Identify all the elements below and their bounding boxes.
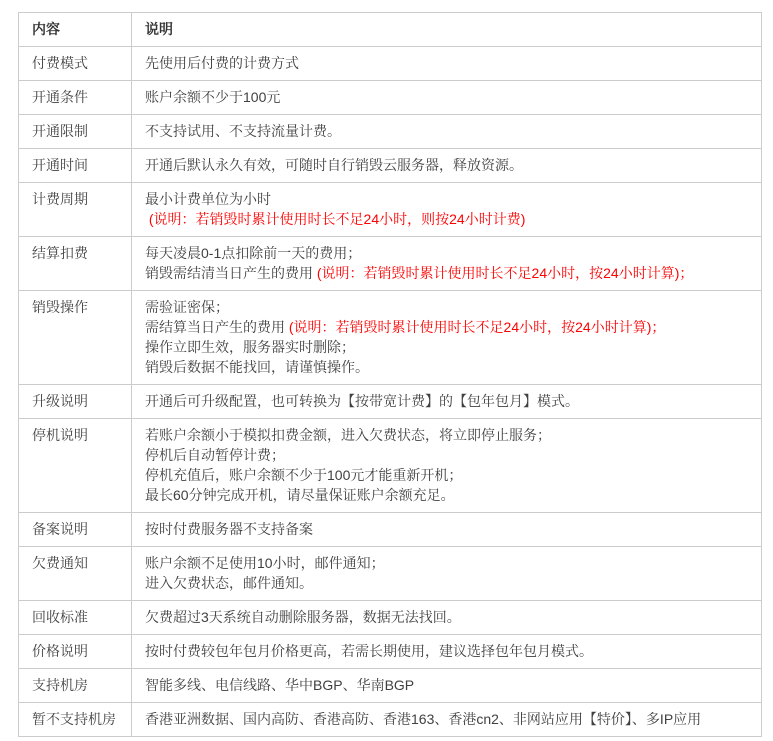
table-row: 暂不支持机房香港亚洲数据、国内高防、香港高防、香港163、香港cn2、非网站应用… [19, 703, 762, 737]
table-row: 计费周期最小计费单位为小时 (说明：若销毁时累计使用时长不足24小时，则按24小… [19, 183, 762, 237]
row-label-cell: 开通条件 [19, 81, 132, 115]
description-text: 销毁需结清当日产生的费用 [145, 265, 317, 281]
table-row: 开通条件账户余额不少于100元 [19, 81, 762, 115]
table-row: 升级说明开通后可升级配置，也可转换为【按带宽计费】的【包年包月】模式。 [19, 385, 762, 419]
row-description-cell: 香港亚洲数据、国内高防、香港高防、香港163、香港cn2、非网站应用【特价】、多… [132, 703, 762, 737]
table-header-row: 内容说明 [19, 13, 762, 47]
description-line: 最小计费单位为小时 [145, 189, 748, 209]
description-line: 需验证密保； [145, 297, 748, 317]
description-line: 停机后自动暂停计费； [145, 445, 748, 465]
table-row: 结算扣费每天凌晨0-1点扣除前一天的费用；销毁需结清当日产生的费用 (说明：若销… [19, 237, 762, 291]
row-label-cell: 支持机房 [19, 669, 132, 703]
row-label-cell: 开通时间 [19, 149, 132, 183]
description-text: 账户余额不少于100元 [145, 89, 280, 105]
row-description-cell: 开通后默认永久有效，可随时自行销毁云服务器，释放资源。 [132, 149, 762, 183]
column-header: 内容 [19, 13, 132, 47]
description-text: 进入欠费状态，邮件通知。 [145, 575, 313, 591]
row-description-cell: 最小计费单位为小时 (说明：若销毁时累计使用时长不足24小时，则按24小时计费) [132, 183, 762, 237]
table-body: 付费模式先使用后付费的计费方式开通条件账户余额不少于100元开通限制不支持试用、… [19, 47, 762, 737]
description-line: 开通后可升级配置，也可转换为【按带宽计费】的【包年包月】模式。 [145, 391, 748, 411]
description-text: 香港亚洲数据、国内高防、香港高防、香港163、香港cn2、非网站应用【特价】、多… [145, 711, 701, 727]
doc-table: 内容说明 付费模式先使用后付费的计费方式开通条件账户余额不少于100元开通限制不… [18, 12, 762, 737]
row-description-cell: 按时付费服务器不支持备案 [132, 513, 762, 547]
description-line: 按时付费较包年包月价格更高，若需长期使用，建议选择包年包月模式。 [145, 641, 748, 661]
table-row: 销毁操作需验证密保；需结算当日产生的费用 (说明：若销毁时累计使用时长不足24小… [19, 291, 762, 385]
row-description-cell: 需验证密保；需结算当日产生的费用 (说明：若销毁时累计使用时长不足24小时，按2… [132, 291, 762, 385]
description-line: 若账户余额小于模拟扣费金额，进入欠费状态，将立即停止服务； [145, 425, 748, 445]
description-text: 先使用后付费的计费方式 [145, 55, 299, 71]
row-label-cell: 回收标准 [19, 601, 132, 635]
description-line: 香港亚洲数据、国内高防、香港高防、香港163、香港cn2、非网站应用【特价】、多… [145, 709, 748, 729]
table-row: 备案说明按时付费服务器不支持备案 [19, 513, 762, 547]
description-line: 销毁需结清当日产生的费用 (说明：若销毁时累计使用时长不足24小时，按24小时计… [145, 263, 748, 283]
description-line: 欠费超过3天系统自动删除服务器，数据无法找回。 [145, 607, 748, 627]
description-line: 销毁后数据不能找回，请谨慎操作。 [145, 357, 748, 377]
table-row: 回收标准欠费超过3天系统自动删除服务器，数据无法找回。 [19, 601, 762, 635]
description-line: 按时付费服务器不支持备案 [145, 519, 748, 539]
description-line: 停机充值后，账户余额不少于100元才能重新开机； [145, 465, 748, 485]
row-description-cell: 先使用后付费的计费方式 [132, 47, 762, 81]
description-line: 账户余额不足使用10小时，邮件通知； [145, 553, 748, 573]
row-label-cell: 结算扣费 [19, 237, 132, 291]
row-description-cell: 每天凌晨0-1点扣除前一天的费用；销毁需结清当日产生的费用 (说明：若销毁时累计… [132, 237, 762, 291]
description-line: 不支持试用、不支持流量计费。 [145, 121, 748, 141]
description-text: 需结算当日产生的费用 [145, 319, 289, 335]
description-line: (说明：若销毁时累计使用时长不足24小时，则按24小时计费) [145, 209, 748, 229]
row-description-cell: 按时付费较包年包月价格更高，若需长期使用，建议选择包年包月模式。 [132, 635, 762, 669]
row-label-cell: 暂不支持机房 [19, 703, 132, 737]
description-note-red: (说明：若销毁时累计使用时长不足24小时，按24小时计算)； [317, 265, 693, 281]
description-note-red: (说明：若销毁时累计使用时长不足24小时，则按24小时计费) [145, 211, 525, 227]
row-label-cell: 备案说明 [19, 513, 132, 547]
table-row: 开通时间开通后默认永久有效，可随时自行销毁云服务器，释放资源。 [19, 149, 762, 183]
row-label-cell: 欠费通知 [19, 547, 132, 601]
row-description-cell: 欠费超过3天系统自动删除服务器，数据无法找回。 [132, 601, 762, 635]
description-text: 不支持试用、不支持流量计费。 [145, 123, 341, 139]
row-description-cell: 开通后可升级配置，也可转换为【按带宽计费】的【包年包月】模式。 [132, 385, 762, 419]
table-row: 欠费通知账户余额不足使用10小时，邮件通知；进入欠费状态，邮件通知。 [19, 547, 762, 601]
description-line: 先使用后付费的计费方式 [145, 53, 748, 73]
description-text: 停机充值后，账户余额不少于100元才能重新开机； [145, 467, 462, 483]
row-label-cell: 销毁操作 [19, 291, 132, 385]
row-label-cell: 计费周期 [19, 183, 132, 237]
description-text: 账户余额不足使用10小时，邮件通知； [145, 555, 385, 571]
row-description-cell: 不支持试用、不支持流量计费。 [132, 115, 762, 149]
description-text: 开通后可升级配置，也可转换为【按带宽计费】的【包年包月】模式。 [145, 393, 579, 409]
description-line: 每天凌晨0-1点扣除前一天的费用； [145, 243, 748, 263]
description-text: 若账户余额小于模拟扣费金额，进入欠费状态，将立即停止服务； [145, 427, 551, 443]
row-label-cell: 开通限制 [19, 115, 132, 149]
description-text: 最长60分钟完成开机，请尽量保证账户余额充足。 [145, 487, 455, 503]
document-body: 内容说明 付费模式先使用后付费的计费方式开通条件账户余额不少于100元开通限制不… [0, 0, 773, 741]
table-row: 价格说明按时付费较包年包月价格更高，若需长期使用，建议选择包年包月模式。 [19, 635, 762, 669]
row-label-cell: 升级说明 [19, 385, 132, 419]
row-description-cell: 账户余额不少于100元 [132, 81, 762, 115]
description-text: 按时付费较包年包月价格更高，若需长期使用，建议选择包年包月模式。 [145, 643, 593, 659]
description-line: 进入欠费状态，邮件通知。 [145, 573, 748, 593]
description-text: 按时付费服务器不支持备案 [145, 521, 313, 537]
description-line: 开通后默认永久有效，可随时自行销毁云服务器，释放资源。 [145, 155, 748, 175]
table-row: 停机说明若账户余额小于模拟扣费金额，进入欠费状态，将立即停止服务；停机后自动暂停… [19, 419, 762, 513]
description-line: 最长60分钟完成开机，请尽量保证账户余额充足。 [145, 485, 748, 505]
description-text: 停机后自动暂停计费； [145, 447, 285, 463]
row-description-cell: 账户余额不足使用10小时，邮件通知；进入欠费状态，邮件通知。 [132, 547, 762, 601]
table-row: 支持机房智能多线、电信线路、华中BGP、华南BGP [19, 669, 762, 703]
description-text: 每天凌晨0-1点扣除前一天的费用； [145, 245, 361, 261]
table-row: 开通限制不支持试用、不支持流量计费。 [19, 115, 762, 149]
column-header: 说明 [132, 13, 762, 47]
row-description-cell: 若账户余额小于模拟扣费金额，进入欠费状态，将立即停止服务；停机后自动暂停计费；停… [132, 419, 762, 513]
description-line: 需结算当日产生的费用 (说明：若销毁时累计使用时长不足24小时，按24小时计算)… [145, 317, 748, 337]
row-label-cell: 付费模式 [19, 47, 132, 81]
row-label-cell: 价格说明 [19, 635, 132, 669]
description-text: 欠费超过3天系统自动删除服务器，数据无法找回。 [145, 609, 461, 625]
description-text: 需验证密保； [145, 299, 229, 315]
description-note-red: (说明：若销毁时累计使用时长不足24小时，按24小时计算)； [289, 319, 665, 335]
row-description-cell: 智能多线、电信线路、华中BGP、华南BGP [132, 669, 762, 703]
description-text: 开通后默认永久有效，可随时自行销毁云服务器，释放资源。 [145, 157, 523, 173]
description-line: 账户余额不少于100元 [145, 87, 748, 107]
description-text: 最小计费单位为小时 [145, 191, 271, 207]
description-line: 智能多线、电信线路、华中BGP、华南BGP [145, 675, 748, 695]
row-label-cell: 停机说明 [19, 419, 132, 513]
description-text: 智能多线、电信线路、华中BGP、华南BGP [145, 677, 414, 693]
description-line: 操作立即生效，服务器实时删除； [145, 337, 748, 357]
table-row: 付费模式先使用后付费的计费方式 [19, 47, 762, 81]
description-text: 销毁后数据不能找回，请谨慎操作。 [145, 359, 369, 375]
description-text: 操作立即生效，服务器实时删除； [145, 339, 355, 355]
